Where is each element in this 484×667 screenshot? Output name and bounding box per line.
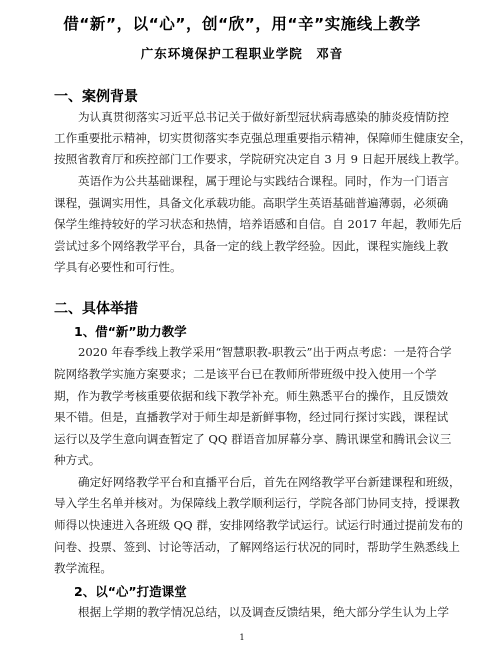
paragraph-line: 种方式。 [54,453,428,467]
paragraph-line: 问卷、投票、签到、讨论等活动，了解网络运行状况的同时，帮助学生熟悉线上 [54,540,428,554]
paragraph-line: 院网络教学实施方案要求；二是该平台已在教师所带班级中投入使用一个学 [54,367,428,381]
paragraph-line: 尝试过多个网络教学平台，具备一定的线上教学经验。因此，课程实施线上教 [54,239,428,253]
paragraph-line: 2020 年春季线上教学采用“智慧职教-职教云”出于两点考虑：一是符合学 [78,345,428,359]
paragraph-line: 果不错。但是，直播教学对于师生却是新鲜事物，经过同行探讨实践，课程试 [54,410,428,424]
subsection-heading-2: 2、以“心”打造课堂 [74,582,187,600]
section-heading-measures: 二、具体举措 [54,298,138,318]
paragraph-line: 确定好网络教学平台和直播平台后，首先在网络教学平台新建课程和班级， [78,475,428,489]
paragraph-line: 根据上学期的教学情况总结，以及调查反馈结果，绝大部分学生认为上学 [78,605,428,619]
paragraph-line: 英语作为公共基础课程，属于理论与实践结合课程。同时，作为一门语言 [78,174,428,188]
page-number: 1 [0,633,484,642]
document-page: 借“新”，以“心”，创“欣”，用“辛”实施线上教学 广东环境保护工程职业学院 邓… [0,0,484,667]
subsection-heading-1: 1、借“新”助力教学 [74,322,187,340]
document-title: 借“新”，以“心”，创“欣”，用“辛”实施线上教学 [0,12,484,34]
paragraph-line: 工作重要批示精神，切实贯彻落实李克强总理重要指示精神，保障师生健康安全， [54,131,428,145]
paragraph-line: 期，作为教学考核重要依据和线下教学补充。师生熟悉平台的操作，且反馈效 [54,389,428,403]
paragraph-line: 教学流程。 [54,561,428,575]
paragraph-line: 运行以及学生意向调查暂定了 QQ 群语音加屏幕分享、腾讯课堂和腾讯会议三 [54,432,428,446]
section-heading-background: 一、案例背景 [54,86,138,106]
author-line: 广东环境保护工程职业学院 邓音 [0,44,484,62]
paragraph-line: 课程，强调实用性，具备文化承载功能。高职学生英语基础普遍薄弱，必须确 [54,196,428,210]
paragraph-line: 导入学生名单并核对。为保障线上教学顺利运行，学院各部门协同支持，授课教 [54,496,428,510]
paragraph-line: 保学生维持较好的学习状态和热情，培养语感和自信。自 2017 年起，教师先后 [54,217,428,231]
paragraph-line: 为认真贯彻落实习近平总书记关于做好新型冠状病毒感染的肺炎疫情防控 [78,110,428,124]
paragraph-line: 学具有必要性和可行性。 [54,260,428,274]
paragraph-line: 按照省教育厅和疾控部门工作要求，学院研究决定自 3 月 9 日起开展线上教学。 [54,152,428,166]
paragraph-line: 师得以快速进入各班级 QQ 群，安排网络教学试运行。试运行时通过提前发布的 [54,518,428,532]
